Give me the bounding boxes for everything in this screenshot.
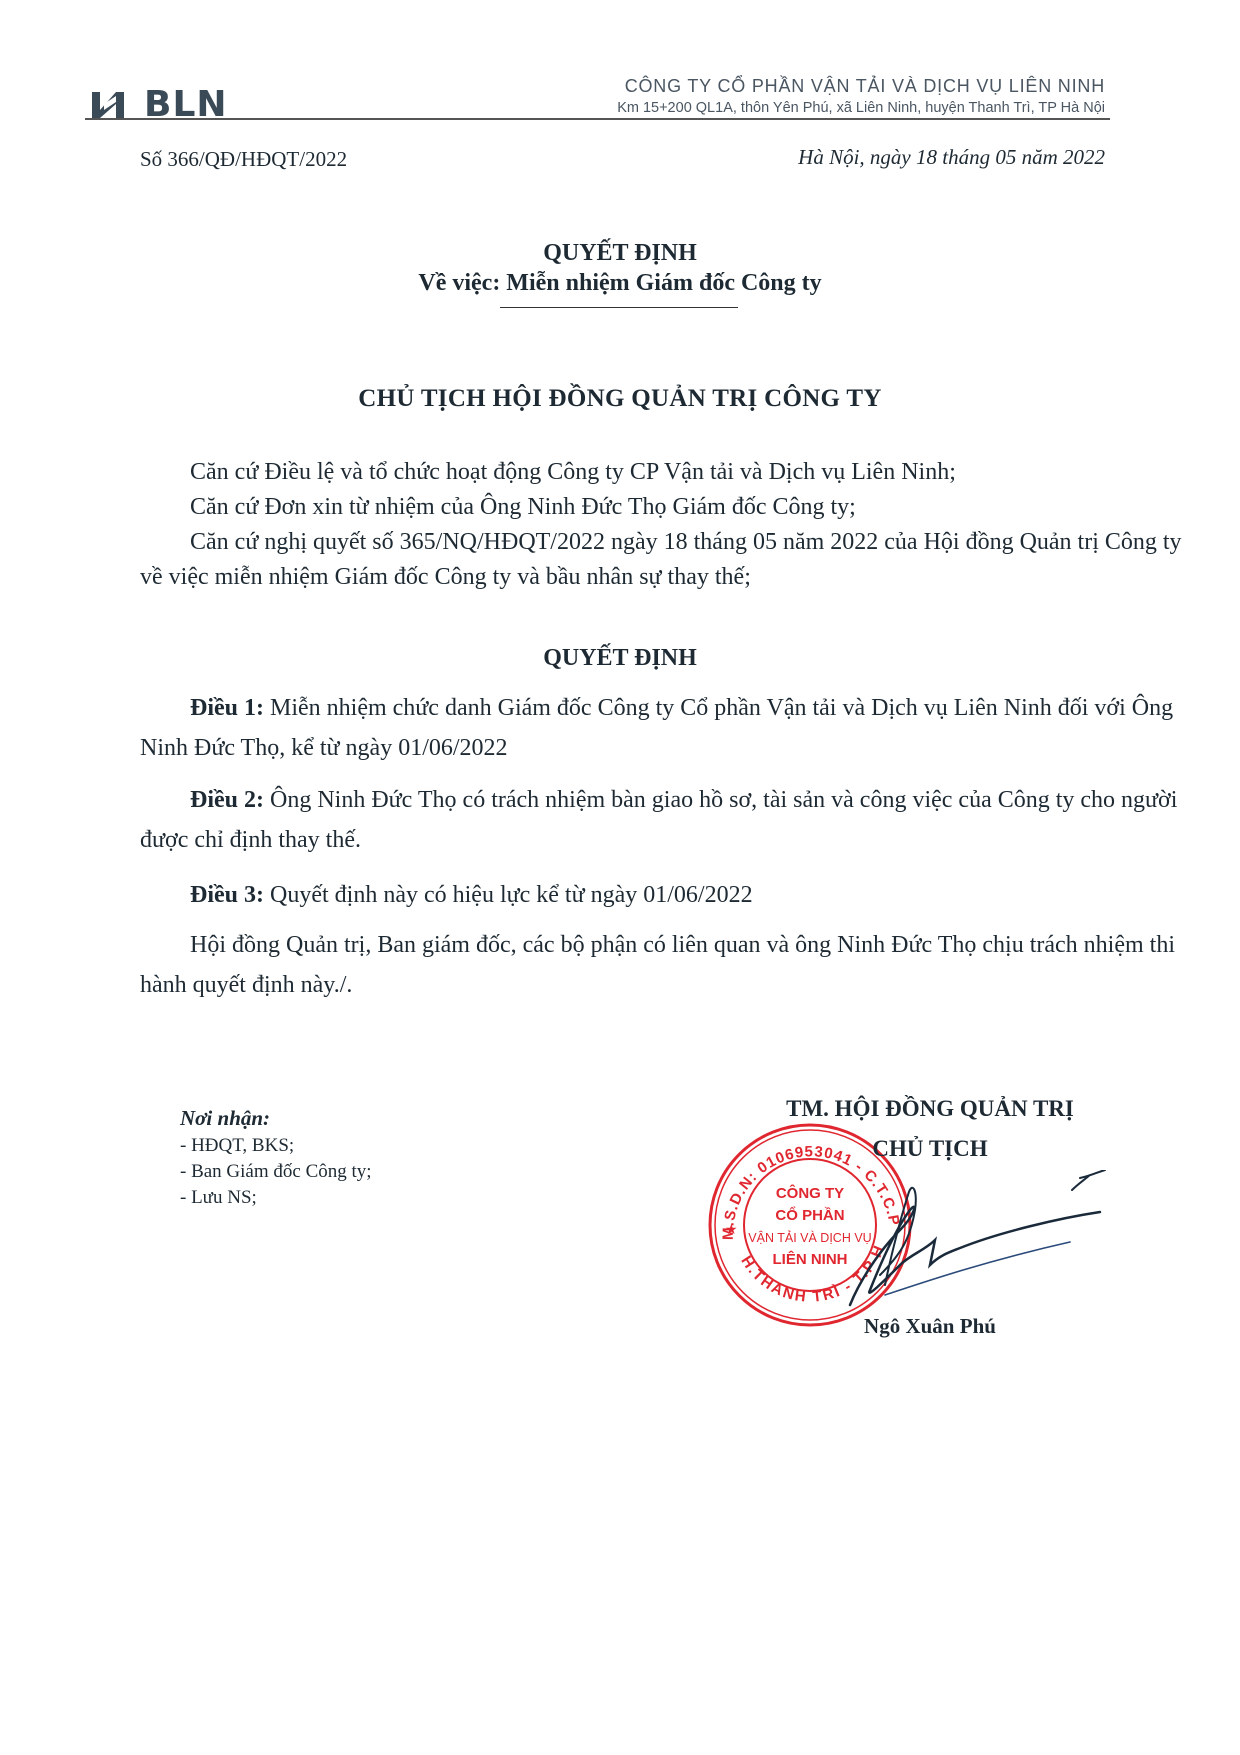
article-3-text: Quyết định này có hiệu lực kể từ ngày 01… — [264, 882, 753, 908]
company-address: Km 15+200 QL1A, thôn Yên Phú, xã Liên Ni… — [617, 100, 1105, 116]
bln-logo-icon — [90, 88, 136, 122]
recipient-item: - HĐQT, BKS; — [180, 1133, 372, 1159]
company-name: CÔNG TY CỔ PHẦN VẬN TẢI VÀ DỊCH VỤ LIÊN … — [625, 76, 1105, 97]
seal-line: CÔNG TY — [776, 1184, 844, 1202]
recipients-block: Nơi nhận: - HĐQT, BKS; - Ban Giám đốc Cô… — [180, 1105, 372, 1211]
signature-position: CHỦ TỊCH — [700, 1136, 1160, 1162]
article-3: Điều 3: Quyết định này có hiệu lực kể từ… — [140, 875, 1190, 915]
document-type-title: QUYẾT ĐỊNH — [0, 240, 1240, 267]
recipient-item: - Lưu NS; — [180, 1185, 372, 1211]
recipient-item: - Ban Giám đốc Công ty; — [180, 1159, 372, 1185]
ground-3: Căn cứ nghị quyết số 365/NQ/HĐQT/2022 ng… — [140, 525, 1190, 595]
article-2: Điều 2: Ông Ninh Đức Thọ có trách nhiệm … — [140, 780, 1190, 860]
article-2-label: Điều 2: — [190, 787, 264, 813]
document-subject: Về việc: Miễn nhiệm Giám đốc Công ty — [0, 270, 1240, 297]
article-3-label: Điều 3: — [190, 882, 264, 908]
article-1-label: Điều 1: — [190, 695, 264, 721]
handwritten-signature-icon — [840, 1170, 1160, 1310]
signature-on-behalf: TM. HỘI ĐỒNG QUẢN TRỊ — [700, 1096, 1160, 1122]
recipients-title: Nơi nhận: — [180, 1105, 372, 1131]
svg-text:★: ★ — [725, 1223, 738, 1238]
decision-heading: QUYẾT ĐỊNH — [0, 645, 1240, 672]
ground-1: Căn cứ Điều lệ và tổ chức hoạt động Công… — [140, 455, 1190, 490]
closing-statement: Hội đồng Quản trị, Ban giám đốc, các bộ … — [140, 925, 1190, 1005]
signer-name: Ngô Xuân Phú — [740, 1314, 1120, 1339]
article-2-text: Ông Ninh Đức Thọ có trách nhiệm bàn giao… — [140, 787, 1177, 853]
seal-line: LIÊN NINH — [773, 1250, 848, 1268]
seal-line: CỔ PHẦN — [775, 1206, 844, 1224]
issuing-authority: CHỦ TỊCH HỘI ĐỒNG QUẢN TRỊ CÔNG TY — [0, 385, 1240, 413]
header-divider — [85, 118, 1110, 120]
document-date: Hà Nội, ngày 18 tháng 05 năm 2022 — [798, 145, 1105, 170]
article-1: Điều 1: Miễn nhiệm chức danh Giám đốc Cô… — [140, 688, 1190, 768]
article-1-text: Miễn nhiệm chức danh Giám đốc Công ty Cổ… — [140, 695, 1173, 761]
subject-underline — [500, 307, 738, 308]
ground-2: Căn cứ Đơn xin từ nhiệm của Ông Ninh Đức… — [140, 490, 1190, 525]
document-number: Số 366/QĐ/HĐQT/2022 — [140, 147, 347, 172]
